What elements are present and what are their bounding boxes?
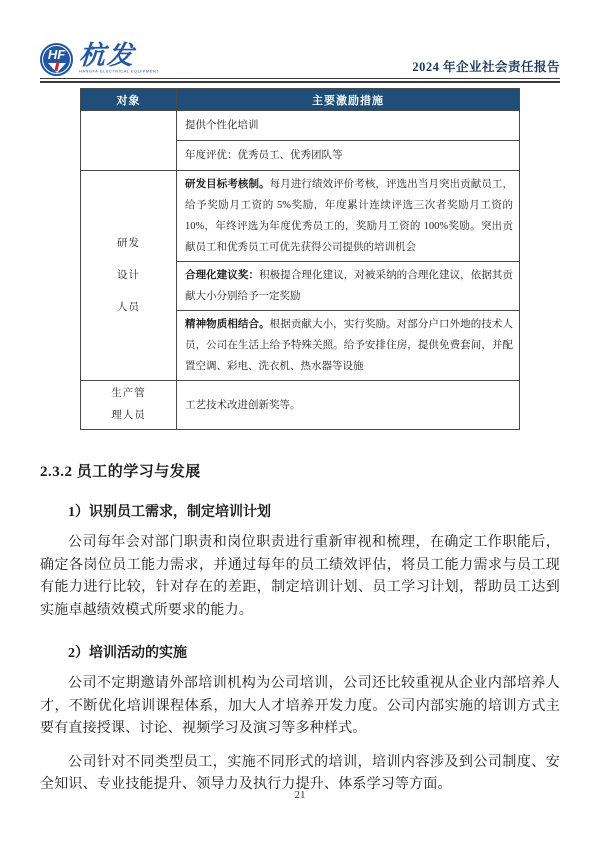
table-header-row: 对象 主要激励措施 <box>81 89 520 111</box>
incentive-measures-table: 对象 主要激励措施 提供个性化培训 年度评优：优秀员工、优秀团队等 研发 设计 <box>80 88 520 430</box>
measure-text: 提供个性化培训 <box>185 120 259 131</box>
section-heading: 2.3.2 员工的学习与发展 <box>40 460 560 481</box>
table-row: 研发 设计 人员 研发目标考核制。每月进行绩效评价考核，评选出当月突出贡献员工，… <box>81 171 520 262</box>
column-header-object: 对象 <box>81 89 177 111</box>
measure-cell: 提供个性化培训 <box>177 111 520 141</box>
measure-cell: 工艺技术改进创新奖等。 <box>177 381 520 430</box>
company-logo: HF 杭发 HANGFA ELECTRICAL EQUIPMENT <box>40 43 240 76</box>
measure-lead: 合理化建议奖： <box>185 270 259 281</box>
logo-monogram: HF <box>40 47 73 62</box>
paragraph-1: 公司每年会对部门职责和岗位职责进行重新审视和梳理，在确定工作职能后，确定各岗位员… <box>40 532 560 622</box>
table-row: 生产管 理人员 工艺技术改进创新奖等。 <box>81 381 520 430</box>
sub-heading-1: 1）识别员工需求，制定培训计划 <box>40 501 560 521</box>
paragraph-2: 公司不定期邀请外部培训机构为公司培训，公司还比较重视从企业内部培养人才，不断优化… <box>40 673 560 741</box>
subject-cell-empty <box>81 111 177 171</box>
measure-cell: 研发目标考核制。每月进行绩效评价考核，评选出当月突出贡献员工，给予奖励月工资的 … <box>177 171 520 262</box>
measure-text: 每月进行绩效评价考核，评选出当月突出贡献员工，给予奖励月工资的 5%奖励，年度累… <box>185 179 513 253</box>
measure-lead: 精神物质相结合。 <box>185 319 270 330</box>
measure-cell: 年度评优：优秀员工、优秀团队等 <box>177 141 520 171</box>
page-number: 21 <box>0 789 600 801</box>
header-rule <box>40 78 560 83</box>
sub-heading-2: 2）培训活动的实施 <box>40 642 560 662</box>
subject-line: 理人员 <box>83 405 174 427</box>
subject-cell-rd: 研发 设计 人员 <box>81 171 177 381</box>
logo-hf-emblem-icon: HF <box>40 43 73 76</box>
measure-lead: 研发目标考核制。 <box>185 179 270 190</box>
subject-cell-production: 生产管 理人员 <box>81 381 177 430</box>
document-page: HF 杭发 HANGFA ELECTRICAL EQUIPMENT 2024 年… <box>0 0 600 854</box>
report-title: 2024 年企业社会责任报告 <box>412 57 560 76</box>
subject-line: 人员 <box>83 292 174 324</box>
measure-text: 年度评优：优秀员工、优秀团队等 <box>185 150 343 161</box>
subject-line: 设计 <box>83 260 174 292</box>
logo-company-name: 杭发 <box>78 43 240 69</box>
measure-cell: 精神物质相结合。根据贡献大小，实行奖励。对部分户口外地的技术人员，公司在生活上给… <box>177 311 520 381</box>
logo-text-block: 杭发 HANGFA ELECTRICAL EQUIPMENT <box>79 43 240 74</box>
page-header: HF 杭发 HANGFA ELECTRICAL EQUIPMENT 2024 年… <box>40 34 560 76</box>
table-row: 提供个性化培训 <box>81 111 520 141</box>
logo-tagline: HANGFA ELECTRICAL EQUIPMENT <box>79 69 159 72</box>
column-header-measures: 主要激励措施 <box>177 89 520 111</box>
subject-line: 生产管 <box>83 383 174 405</box>
measure-text: 工艺技术改进创新奖等。 <box>185 400 301 411</box>
measure-cell: 合理化建议奖：积极提合理化建议，对被采纳的合理化建议，依据其贡献大小分别给予一定… <box>177 262 520 311</box>
subject-line: 研发 <box>83 228 174 260</box>
